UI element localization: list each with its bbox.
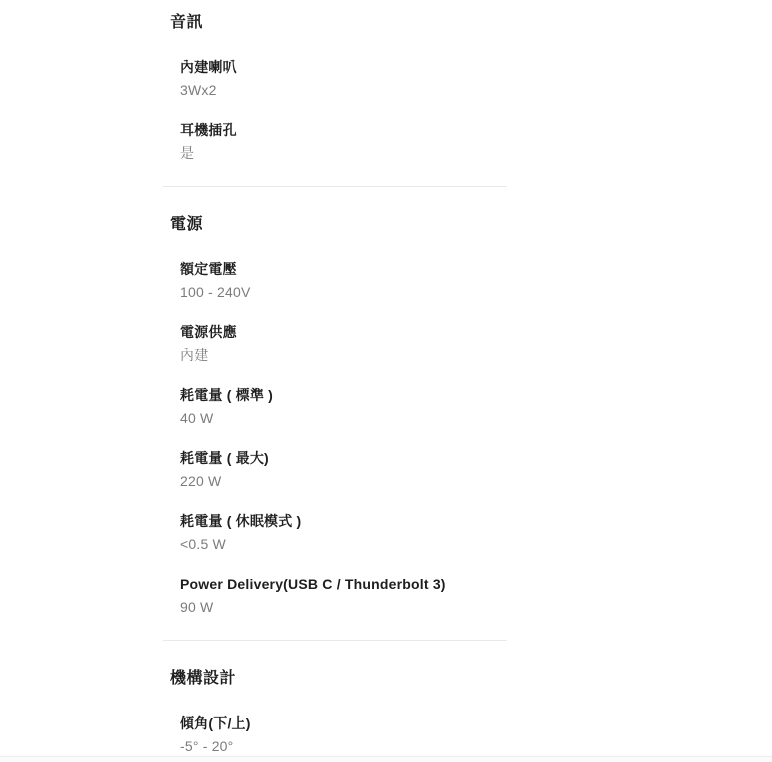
spec-item-value: 是 — [180, 144, 507, 163]
section-title: 音訊 — [163, 12, 507, 34]
spec-item-value: <0.5 W — [180, 535, 507, 554]
spec-item: 電源供應 內建 — [180, 323, 507, 365]
spec-section: 機構設計 傾角(下/上) -5° - 20° — [163, 668, 507, 756]
spec-item-label: 電源供應 — [180, 323, 507, 342]
spec-item-value: 40 W — [180, 409, 507, 428]
spec-section: 電源 額定電壓 100 - 240V 電源供應 內建 耗電量 ( 標準 ) 40… — [163, 214, 507, 617]
spec-item-value: -5° - 20° — [180, 737, 507, 756]
spec-item: 內建喇叭 3Wx2 — [180, 58, 507, 100]
section-title: 電源 — [163, 214, 507, 236]
spec-item: 耗電量 ( 休眠模式 ) <0.5 W — [180, 512, 507, 554]
spec-item: Power Delivery(USB C / Thunderbolt 3) 90… — [180, 575, 507, 617]
spec-item-value: 100 - 240V — [180, 283, 507, 302]
spec-item-label: 耳機插孔 — [180, 121, 507, 140]
spec-item-value: 3Wx2 — [180, 81, 507, 100]
section-title: 機構設計 — [163, 668, 507, 690]
spec-item: 額定電壓 100 - 240V — [180, 260, 507, 302]
spec-page: 音訊 內建喇叭 3Wx2 耳機插孔 是 電源 額定電壓 100 - 240V 電… — [0, 0, 772, 762]
spec-item: 耳機插孔 是 — [180, 121, 507, 163]
spec-item-value: 內建 — [180, 346, 507, 365]
spec-item-label: 傾角(下/上) — [180, 714, 507, 733]
spec-item-label: 內建喇叭 — [180, 58, 507, 77]
section-items: 內建喇叭 3Wx2 耳機插孔 是 — [163, 58, 507, 163]
spec-item: 耗電量 ( 最大) 220 W — [180, 449, 507, 491]
spec-item: 傾角(下/上) -5° - 20° — [180, 714, 507, 756]
spec-item-value: 220 W — [180, 472, 507, 491]
spec-item: 耗電量 ( 標準 ) 40 W — [180, 386, 507, 428]
page-bottom-edge — [0, 756, 772, 762]
spec-item-label: 耗電量 ( 標準 ) — [180, 386, 507, 405]
spec-item-label: Power Delivery(USB C / Thunderbolt 3) — [180, 575, 507, 594]
spec-content: 音訊 內建喇叭 3Wx2 耳機插孔 是 電源 額定電壓 100 - 240V 電… — [163, 0, 507, 756]
spec-item-value: 90 W — [180, 598, 507, 617]
spec-item-label: 耗電量 ( 休眠模式 ) — [180, 512, 507, 531]
section-divider — [163, 640, 507, 641]
section-divider — [163, 186, 507, 187]
spec-item-label: 耗電量 ( 最大) — [180, 449, 507, 468]
section-items: 額定電壓 100 - 240V 電源供應 內建 耗電量 ( 標準 ) 40 W … — [163, 260, 507, 617]
spec-section: 音訊 內建喇叭 3Wx2 耳機插孔 是 — [163, 12, 507, 163]
spec-item-label: 額定電壓 — [180, 260, 507, 279]
section-items: 傾角(下/上) -5° - 20° — [163, 714, 507, 756]
